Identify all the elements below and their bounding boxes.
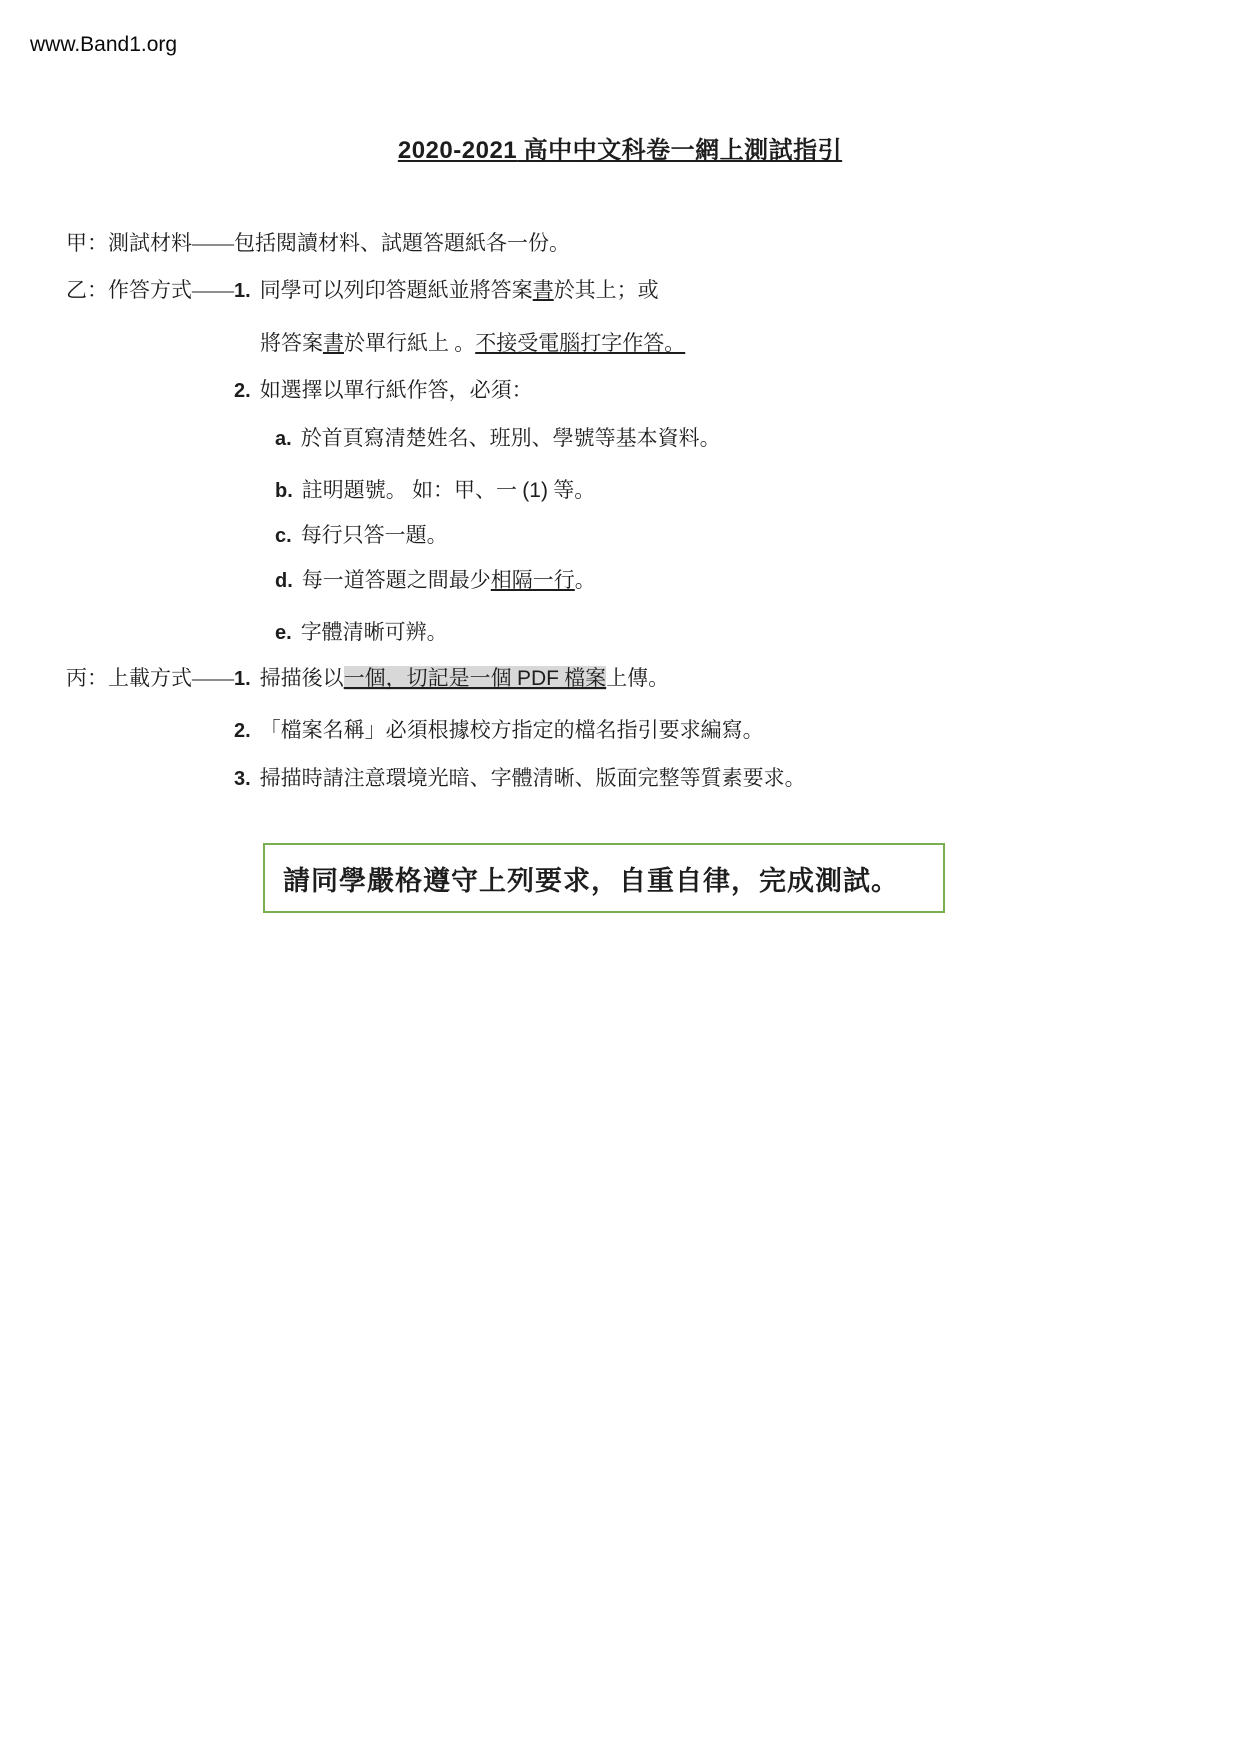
notice-box: 請同學嚴格遵守上列要求，自重自律，完成測試。 — [263, 843, 945, 913]
section-bing-label: 丙：上載方式—— — [66, 666, 234, 690]
bing-item3-text: 掃描時請注意環境光暗、字體清晰、版面完整等質素要求。 — [260, 766, 806, 790]
list-number-1: 1. — [234, 280, 251, 302]
sub-item-d-text: 每一道答題之間最少 — [302, 568, 491, 592]
underlined-text: 書 — [533, 278, 554, 302]
sub-item-d: d.每一道答題之間最少相隔一行。 — [275, 565, 596, 596]
site-watermark: www.Band1.org — [30, 33, 177, 57]
underlined-text: 不接受電腦打字作答。 — [475, 331, 685, 355]
list-letter-c: c. — [275, 525, 292, 547]
highlighted-text: 一個，切記是一個 PDF 檔案 — [344, 666, 607, 690]
bing-item1-text2: 上傳。 — [606, 666, 669, 690]
section-yi-line1-cont: 將答案書於單行紙上 。不接受電腦打字作答。 — [260, 328, 685, 358]
section-bing-line1: 丙：上載方式——1.掃描後以一個，切記是一個 PDF 檔案上傳。 — [66, 663, 669, 694]
sub-item-b-text: 註明題號。 如：甲、一 — [302, 478, 523, 502]
list-number-2: 2. — [234, 380, 251, 402]
section-bing-line2: 2.「檔案名稱」必須根據校方指定的檔名指引要求編寫。 — [234, 715, 764, 746]
list-number-2: 2. — [234, 720, 251, 742]
sub-item-b-numeral: (1) — [522, 479, 548, 502]
list-letter-a: a. — [275, 428, 292, 450]
list-number-1: 1. — [234, 668, 251, 690]
yi-item2-text: 如選擇以單行紙作答，必須： — [260, 378, 533, 402]
title-text: 高中中文科卷一網上測試指引 — [517, 138, 842, 164]
section-bing-line3: 3.掃描時請注意環境光暗、字體清晰、版面完整等質素要求。 — [234, 763, 806, 794]
underlined-text: 書 — [323, 331, 344, 355]
underlined-text: 相隔一行 — [491, 568, 575, 592]
list-letter-d: d. — [275, 570, 293, 592]
sub-item-c-text: 每行只答一題。 — [301, 523, 448, 547]
yi-item1-cont-text2: 於單行紙上 。 — [344, 331, 475, 355]
bing-item2-text: 「檔案名稱」必須根據校方指定的檔名指引要求編寫。 — [260, 718, 764, 742]
list-letter-b: b. — [275, 480, 293, 502]
sub-item-d-text2: 。 — [575, 568, 596, 592]
sub-item-b: b.註明題號。 如：甲、一 (1) 等。 — [275, 475, 595, 506]
yi-item1-text2: 於其上；或 — [554, 278, 659, 302]
yi-item1-cont-text: 將答案 — [260, 331, 323, 355]
notice-text: 請同學嚴格遵守上列要求，自重自律，完成測試。 — [283, 859, 899, 898]
yi-item1-text: 同學可以列印答題紙並將答案 — [260, 278, 533, 302]
section-jia-text: 包括閱讀材料、試題答題紙各一份。 — [234, 231, 570, 255]
document-title: 2020-2021 高中中文科卷一網上測試指引 — [0, 130, 1240, 165]
section-jia-label: 甲：測試材料—— — [66, 231, 234, 255]
highlight-segment2: 檔案 — [559, 666, 606, 690]
section-yi-label: 乙：作答方式—— — [66, 278, 234, 302]
section-yi-line2: 2.如選擇以單行紙作答，必須： — [234, 375, 533, 406]
list-letter-e: e. — [275, 622, 292, 644]
list-number-3: 3. — [234, 768, 251, 790]
document-page: www.Band1.org 2020-2021 高中中文科卷一網上測試指引 甲：… — [0, 0, 1240, 1754]
sub-item-c: c.每行只答一題。 — [275, 520, 448, 551]
sub-item-e-text: 字體清晰可辨。 — [301, 620, 448, 644]
section-yi-line1: 乙：作答方式——1.同學可以列印答題紙並將答案書於其上；或 — [66, 275, 659, 306]
sub-item-a-text: 於首頁寫清楚姓名、班別、學號等基本資料。 — [301, 426, 721, 450]
sub-item-a: a.於首頁寫清楚姓名、班別、學號等基本資料。 — [275, 423, 721, 454]
highlight-segment: 一個，切記是一個 — [344, 666, 517, 690]
title-year: 2020-2021 — [398, 137, 517, 164]
sub-item-b-text2: 等。 — [548, 478, 595, 502]
bing-item1-text: 掃描後以 — [260, 666, 344, 690]
highlight-pdf-label: PDF — [517, 667, 559, 690]
section-jia-line: 甲：測試材料——包括閱讀材料、試題答題紙各一份。 — [66, 228, 570, 258]
sub-item-e: e.字體清晰可辨。 — [275, 617, 448, 648]
